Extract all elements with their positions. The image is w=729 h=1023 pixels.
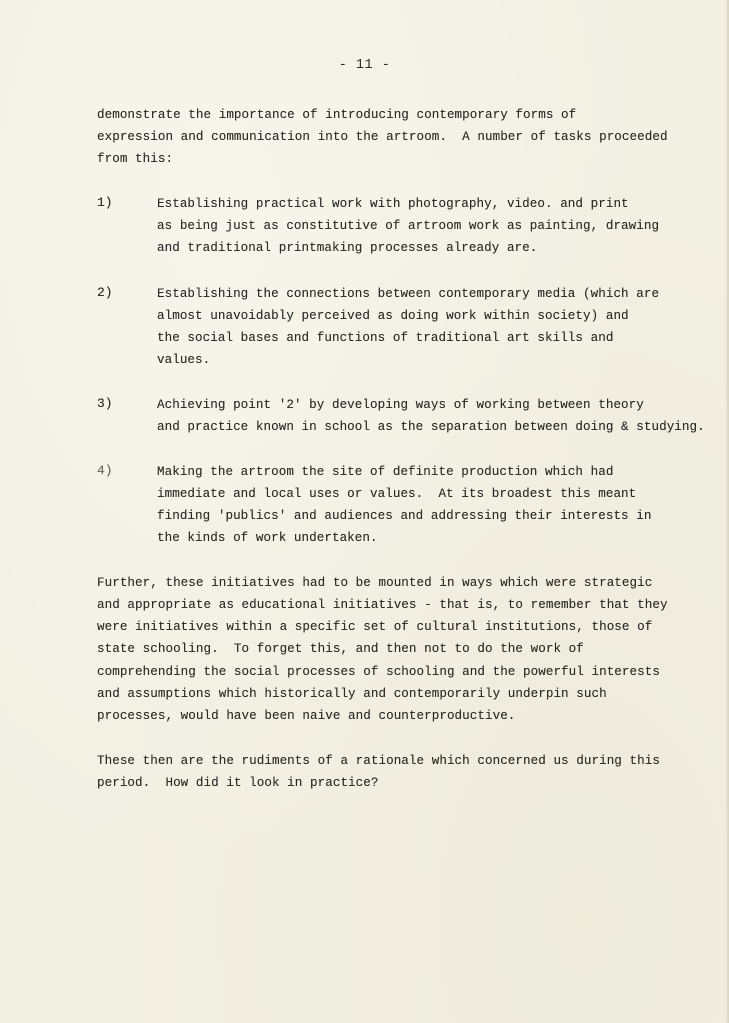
paragraph-line: These then are the rudiments of a ration…: [97, 753, 660, 769]
task-number: 4): [97, 463, 113, 479]
paragraph-line: processes, would have been naive and cou…: [97, 708, 515, 724]
paragraph-line: were initiatives within a specific set o…: [97, 619, 652, 635]
task-number: 1): [97, 195, 113, 211]
task-line: and practice known in school as the sepa…: [157, 419, 705, 435]
task-line: immediate and local uses or values. At i…: [157, 486, 636, 502]
task-line: the kinds of work undertaken.: [157, 530, 378, 546]
intro-line: from this:: [97, 151, 173, 167]
task-line: Achieving point '2' by developing ways o…: [157, 397, 644, 413]
task-line: finding 'publics' and audiences and addr…: [157, 508, 652, 524]
paragraph-line: comprehending the social processes of sc…: [97, 664, 660, 680]
paragraph-line: period. How did it look in practice?: [97, 775, 378, 791]
page-number: - 11 -: [0, 58, 729, 73]
intro-line: expression and communication into the ar…: [97, 129, 668, 145]
paragraph-line: state schooling. To forget this, and the…: [97, 641, 584, 657]
task-line: Making the artroom the site of definite …: [157, 464, 613, 480]
task-line: the social bases and functions of tradit…: [157, 330, 613, 346]
task-line: values.: [157, 352, 210, 368]
task-line: almost unavoidably perceived as doing wo…: [157, 308, 629, 324]
task-line: and traditional printmaking processes al…: [157, 240, 537, 256]
task-line: Establishing the connections between con…: [157, 286, 659, 302]
intro-line: demonstrate the importance of introducin…: [97, 107, 576, 123]
task-number: 2): [97, 285, 113, 301]
paragraph-line: and assumptions which historically and c…: [97, 686, 607, 702]
paragraph-line: and appropriate as educational initiativ…: [97, 597, 668, 613]
task-line: as being just as constitutive of artroom…: [157, 218, 659, 234]
task-number: 3): [97, 396, 113, 412]
paragraph-line: Further, these initiatives had to be mou…: [97, 575, 652, 591]
task-line: Establishing practical work with photogr…: [157, 196, 629, 212]
